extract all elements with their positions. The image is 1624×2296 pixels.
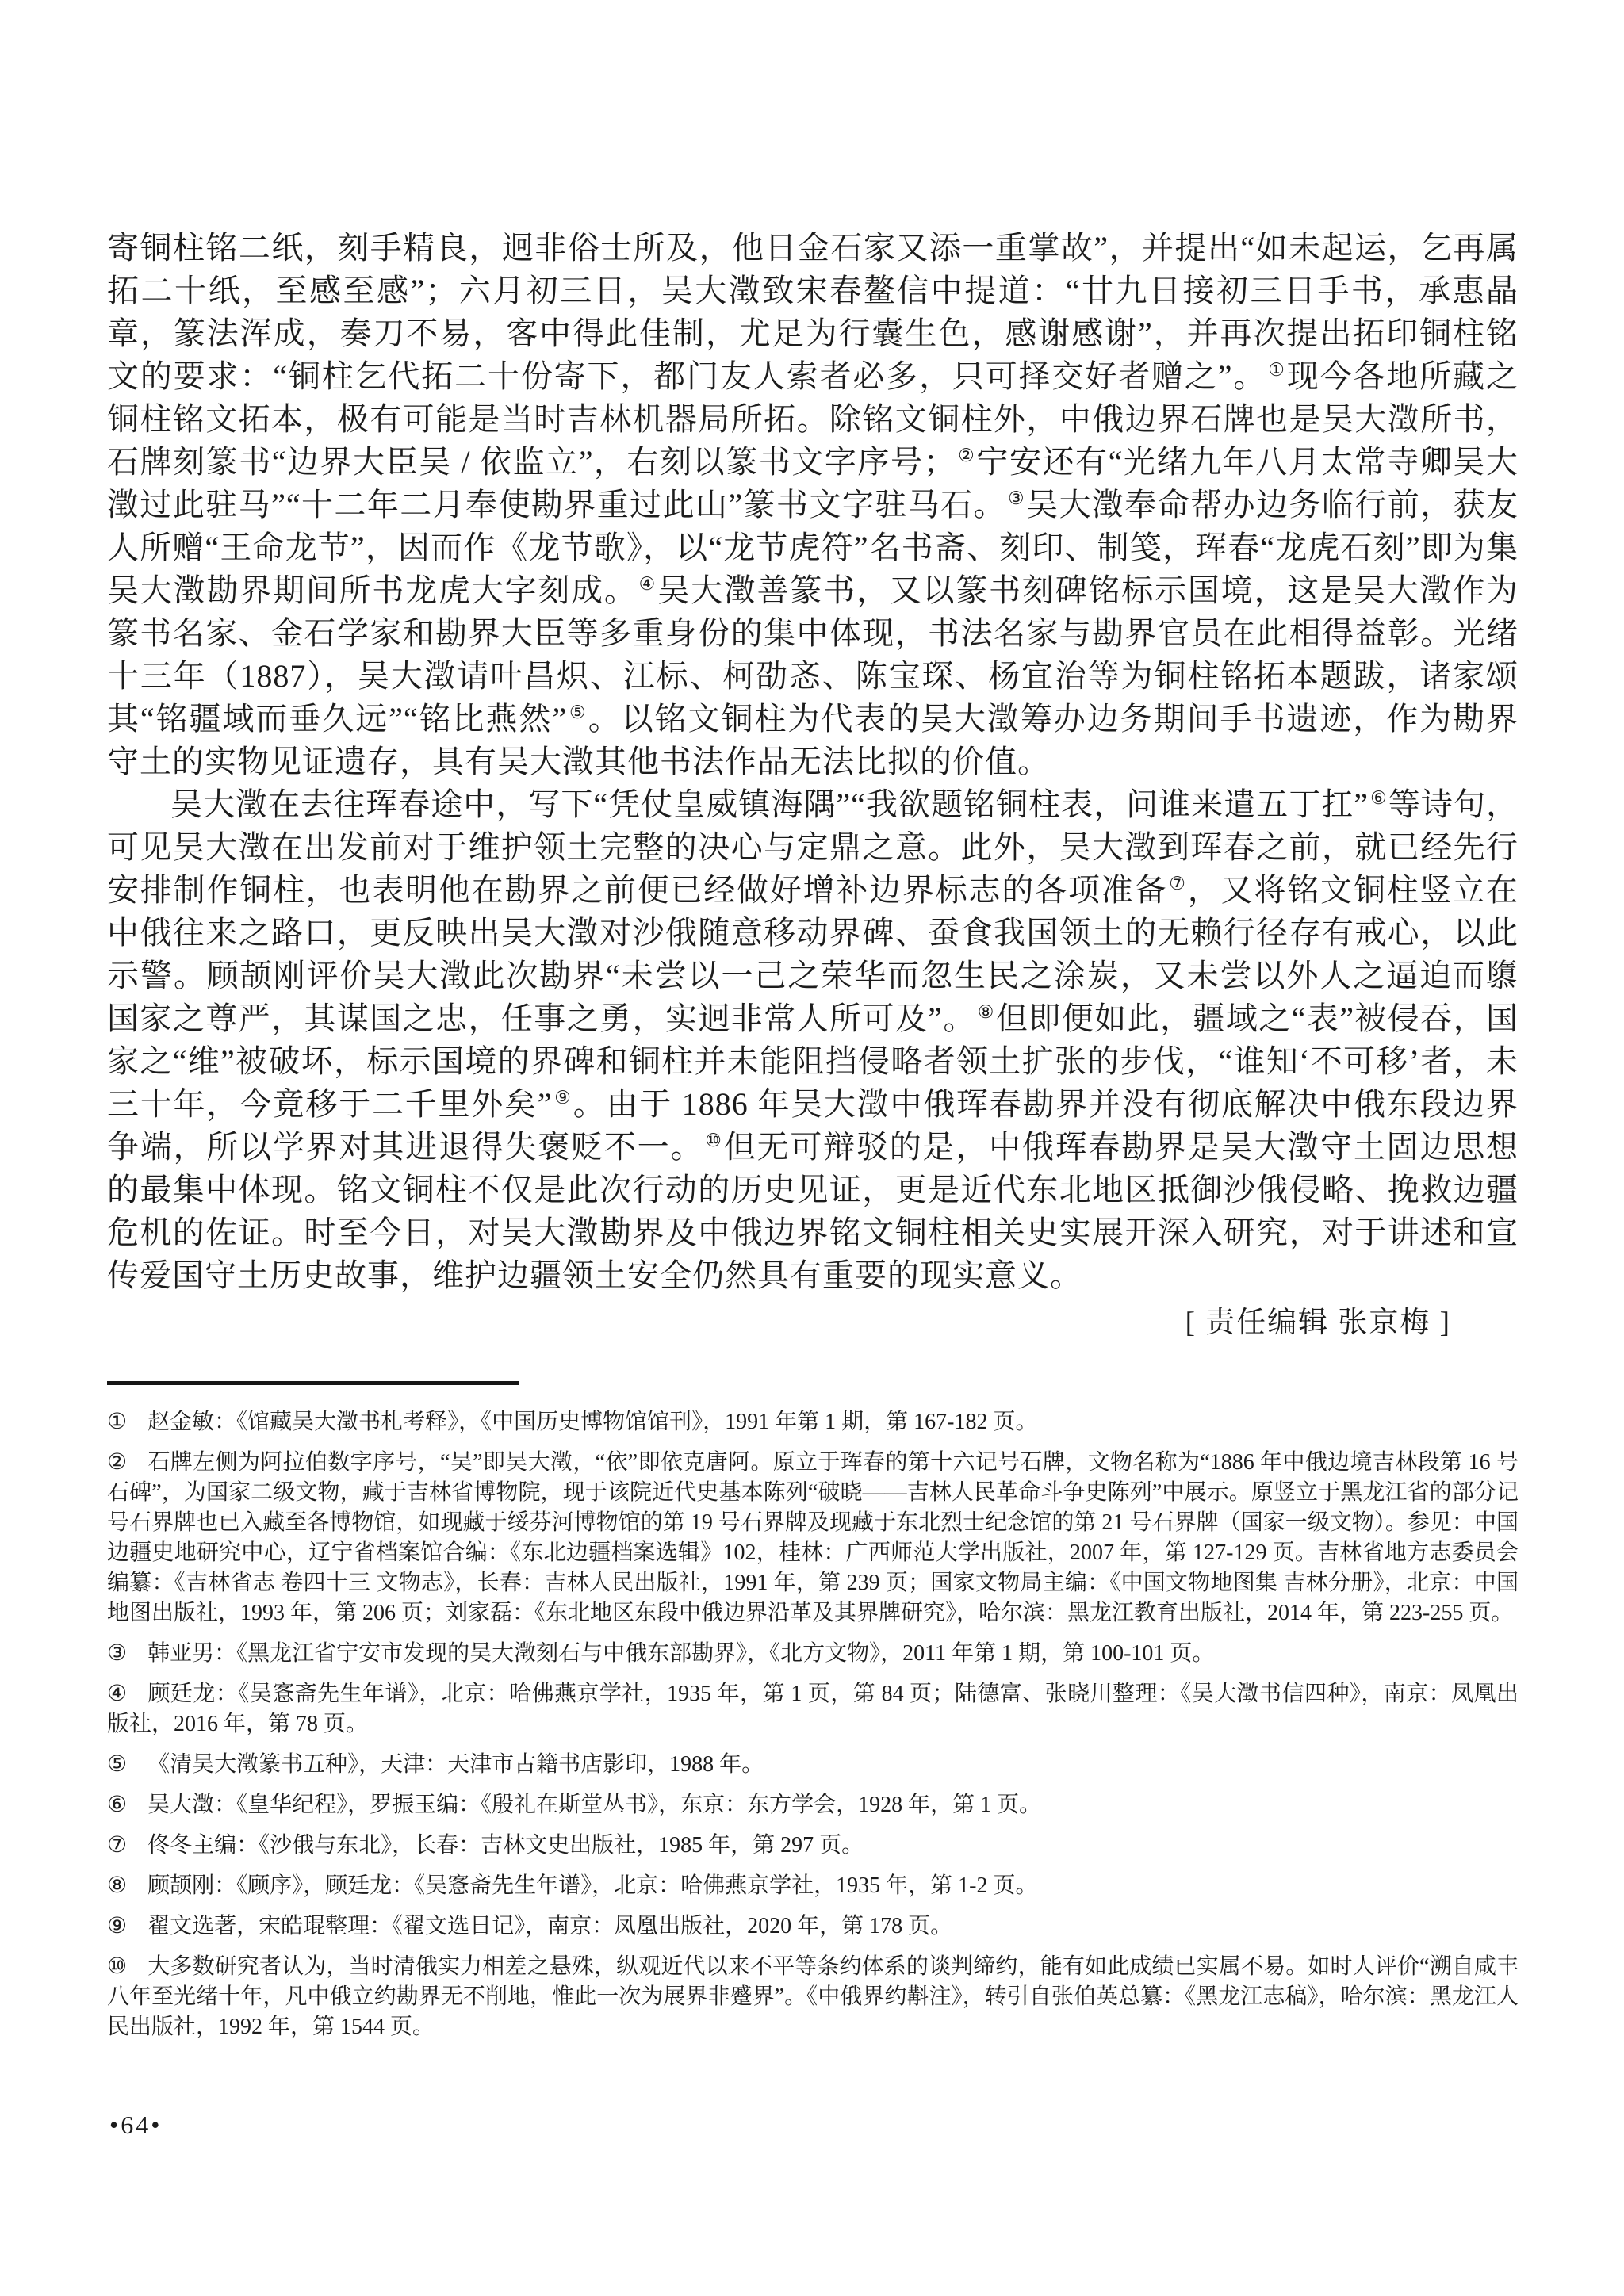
footnote-text: 赵金敏：《馆藏吴大澂书札考释》，《中国历史博物馆馆刊》，1991 年第 1 期，… bbox=[147, 1410, 1037, 1434]
body-paragraph: 吴大澂在去往珲春途中，写下“凭仗皇威镇海隅”“我欲题铭铜柱表，问谁来遣五丁扛”⑥… bbox=[107, 783, 1519, 1297]
footnote-ref: ⑨ bbox=[552, 1088, 573, 1108]
footnote-ref: ⑥ bbox=[1369, 788, 1388, 809]
footnote-marker: ⑩ bbox=[107, 1952, 127, 1982]
body-paragraph: 寄铜柱铭二纸，刻手精良，迥非俗士所及，他日金石家又添一重掌故”，并提出“如未起运… bbox=[107, 227, 1519, 783]
footnote-marker: ② bbox=[107, 1448, 127, 1478]
footnote-text: 韩亚男：《黑龙江省宁安市发现的吴大澂刻石与中俄东部勘界》，《北方文物》，2011… bbox=[147, 1641, 1214, 1666]
footnote-list: ①赵金敏：《馆藏吴大澂书札考释》，《中国历史博物馆馆刊》，1991 年第 1 期… bbox=[107, 1407, 1519, 2042]
footnote-marker: ⑤ bbox=[107, 1750, 127, 1780]
footnote-item: ④顾廷龙：《吴愙斋先生年谱》，北京：哈佛燕京学社，1935 年，第 1 页，第 … bbox=[107, 1679, 1519, 1739]
footnote-ref: ⑦ bbox=[1167, 874, 1188, 894]
footnote-text: 翟文选著，宋皓琨整理：《翟文选日记》，南京：凤凰出版社，2020 年，第 178… bbox=[147, 1914, 952, 1938]
footnote-item: ⑦佟冬主编：《沙俄与东北》，长春：吉林文史出版社，1985 年，第 297 页。 bbox=[107, 1831, 1519, 1861]
footnote-text: 顾廷龙：《吴愙斋先生年谱》，北京：哈佛燕京学社，1935 年，第 1 页，第 8… bbox=[107, 1682, 1519, 1736]
footnote-separator bbox=[107, 1381, 519, 1385]
footnote-ref: ⑤ bbox=[567, 702, 588, 723]
page-number: •64• bbox=[109, 2110, 162, 2140]
footnote-text: 石牌左侧为阿拉伯数字序号，“吴”即吴大澂，“依”即依克唐阿。原立于珲春的第十六记… bbox=[107, 1450, 1519, 1625]
footnote-ref: ① bbox=[1266, 360, 1287, 381]
footnote-ref: ⑩ bbox=[703, 1131, 724, 1151]
footnote-text: 顾颉刚：《顾序》，顾廷龙：《吴愙斋先生年谱》，北京：哈佛燕京学社，1935 年，… bbox=[147, 1873, 1037, 1898]
footnote-marker: ④ bbox=[107, 1679, 127, 1709]
footnote-text: 吴大澂：《皇华纪程》，罗振玉编：《殷礼在斯堂丛书》，东京：东方学会，1928 年… bbox=[147, 1793, 1041, 1817]
footnote-text: 《清吴大澂篆书五种》，天津：天津市古籍书店影印，1988 年。 bbox=[147, 1752, 764, 1777]
footnote-marker: ⑦ bbox=[107, 1831, 127, 1861]
footnote-item: ⑤《清吴大澂篆书五种》，天津：天津市古籍书店影印，1988 年。 bbox=[107, 1750, 1519, 1780]
footnote-item: ①赵金敏：《馆藏吴大澂书札考释》，《中国历史博物馆馆刊》，1991 年第 1 期… bbox=[107, 1407, 1519, 1437]
footnote-ref: ⑧ bbox=[976, 1002, 996, 1023]
footnote-ref: ④ bbox=[638, 574, 658, 595]
footnote-marker: ⑨ bbox=[107, 1911, 127, 1942]
footnote-item: ②石牌左侧为阿拉伯数字序号，“吴”即吴大澂，“依”即依克唐阿。原立于珲春的第十六… bbox=[107, 1448, 1519, 1628]
footnote-item: ③韩亚男：《黑龙江省宁安市发现的吴大澂刻石与中俄东部勘界》，《北方文物》，201… bbox=[107, 1639, 1519, 1669]
footnote-item: ⑩大多数研究者认为，当时清俄实力相差之悬殊，纵观近代以来不平等条约体系的谈判缔约… bbox=[107, 1952, 1519, 2042]
footnote-item: ⑧顾颉刚：《顾序》，顾廷龙：《吴愙斋先生年谱》，北京：哈佛燕京学社，1935 年… bbox=[107, 1871, 1519, 1901]
footnote-ref: ③ bbox=[1006, 488, 1026, 509]
footnote-item: ⑨翟文选著，宋皓琨整理：《翟文选日记》，南京：凤凰出版社，2020 年，第 17… bbox=[107, 1911, 1519, 1942]
footnote-ref: ② bbox=[956, 446, 977, 466]
footnote-marker: ⑥ bbox=[107, 1790, 127, 1820]
editor-credit: [ 责任编辑 张京梅 ] bbox=[1185, 1304, 1451, 1342]
footnote-text: 佟冬主编：《沙俄与东北》，长春：吉林文史出版社，1985 年，第 297 页。 bbox=[147, 1833, 864, 1858]
footnote-marker: ③ bbox=[107, 1639, 127, 1669]
footnote-item: ⑥吴大澂：《皇华纪程》，罗振玉编：《殷礼在斯堂丛书》，东京：东方学会，1928 … bbox=[107, 1790, 1519, 1820]
footnotes-section: ①赵金敏：《馆藏吴大澂书札考释》，《中国历史博物馆馆刊》，1991 年第 1 期… bbox=[107, 1381, 1519, 2053]
footnote-marker: ① bbox=[107, 1407, 127, 1437]
footnote-text: 大多数研究者认为，当时清俄实力相差之悬殊，纵观近代以来不平等条约体系的谈判缔约，… bbox=[107, 1954, 1519, 2039]
article-body: 寄铜柱铭二纸，刻手精良，迥非俗士所及，他日金石家又添一重掌故”，并提出“如未起运… bbox=[107, 227, 1519, 1297]
document-page: 寄铜柱铭二纸，刻手精良，迥非俗士所及，他日金石家又添一重掌故”，并提出“如未起运… bbox=[0, 0, 1624, 2296]
footnote-marker: ⑧ bbox=[107, 1871, 127, 1901]
